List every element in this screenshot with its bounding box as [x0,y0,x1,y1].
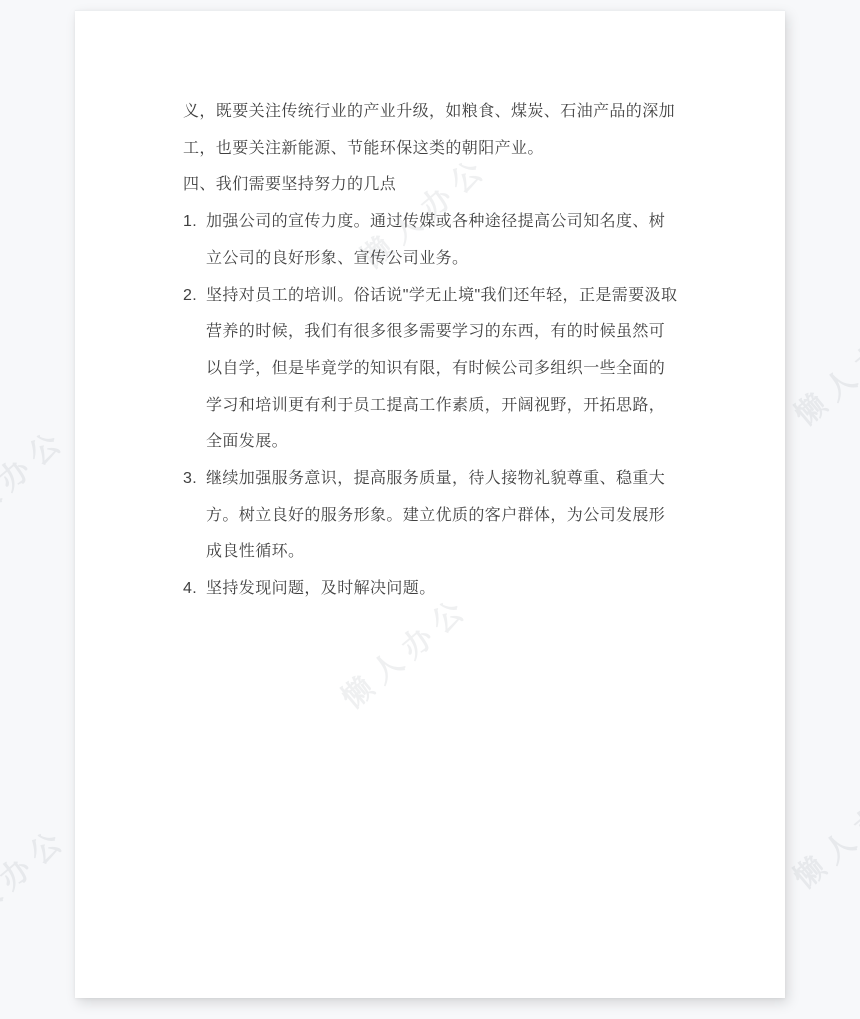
list-item-number: 1. [183,204,206,241]
document-viewer-canvas: 义，既要关注传统行业的产业升级，如粮食、煤炭、石油产品的深加 工，也要关注新能源… [0,0,860,1019]
list-item-text: 坚持发现问题，及时解决问题。 [206,571,693,608]
watermark-text: 懒人办公 [782,763,860,897]
list-item-text: 坚持对员工的培训。俗话说"学无止境"我们还年轻，正是需要汲取 营养的时候，我们有… [206,278,693,462]
document-page: 义，既要关注传统行业的产业升级，如粮食、煤炭、石油产品的深加 工，也要关注新能源… [75,10,785,998]
list-item: 2. 坚持对员工的培训。俗话说"学无止境"我们还年轻，正是需要汲取 营养的时候，… [183,278,693,462]
paragraph-industry-continuation: 义，既要关注传统行业的产业升级，如粮食、煤炭、石油产品的深加 工，也要关注新能源… [183,94,693,167]
list-item-text: 继续加强服务意识，提高服务质量，待人接物礼貌尊重、稳重大 方。树立良好的服务形象… [206,461,693,571]
list-item: 3. 继续加强服务意识，提高服务质量，待人接物礼貌尊重、稳重大 方。树立良好的服… [183,461,693,571]
list-item: 4. 坚持发现问题，及时解决问题。 [183,571,693,608]
list-item-number: 4. [183,571,206,608]
watermark-text: 懒人办公 [0,814,76,948]
list-item: 1. 加强公司的宣传力度。通过传媒或各种途径提高公司知名度、树 立公司的良好形象… [183,204,693,277]
watermark-text: 懒人办公 [783,300,860,434]
list-item-number: 2. [183,278,206,315]
document-content: 义，既要关注传统行业的产业升级，如粮食、煤炭、石油产品的深加 工，也要关注新能源… [183,94,693,608]
watermark-text: 懒人办公 [0,415,75,549]
list-item-number: 3. [183,461,206,498]
numbered-list: 1. 加强公司的宣传力度。通过传媒或各种途径提高公司知名度、树 立公司的良好形象… [183,204,693,608]
section-heading-four: 四、我们需要坚持努力的几点 [183,167,693,204]
list-item-text: 加强公司的宣传力度。通过传媒或各种途径提高公司知名度、树 立公司的良好形象、宣传… [206,204,693,277]
